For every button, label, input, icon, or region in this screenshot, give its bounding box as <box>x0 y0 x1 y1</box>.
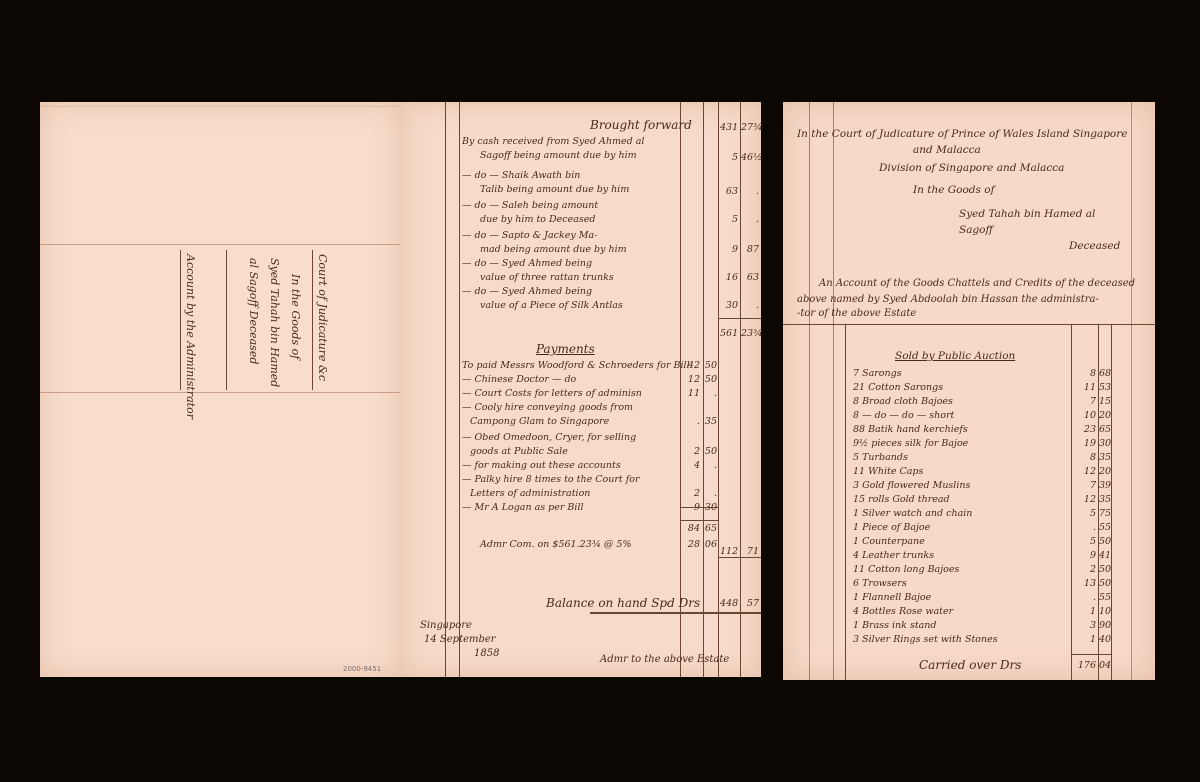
item-cents: 30 <box>1099 438 1111 449</box>
receipt-cents: 63 <box>741 272 759 283</box>
endorsement-account: Account by the Administrator <box>184 254 197 419</box>
item-desc: 11 White Caps <box>853 466 923 477</box>
ruled-line <box>312 250 313 390</box>
fold-line <box>40 392 400 393</box>
receipt-cents: 87 <box>741 244 759 255</box>
ruled-line <box>680 520 718 521</box>
item-cents: 20 <box>1099 410 1111 421</box>
carried-over-dollars: 176 <box>1072 660 1096 671</box>
payment-dollars: 11 <box>682 388 700 399</box>
item-desc: 15 rolls Gold thread <box>853 494 950 505</box>
payments-subtotal-dollars: 84 <box>682 523 700 534</box>
receipt-line: — do — Saleh being amount <box>462 200 598 211</box>
receipt-cents: . <box>741 186 759 197</box>
account-intro-line: An Account of the Goods Chattels and Cre… <box>819 278 1135 289</box>
endorsement-in-goods: In the Goods of <box>289 274 302 359</box>
item-cents: 50 <box>1099 536 1111 547</box>
item-dollars: 12 <box>1072 494 1096 505</box>
ruled-line <box>718 557 761 558</box>
item-desc: 1 Brass ink stand <box>853 620 937 631</box>
deceased-name-line-2: Sagoff <box>959 224 993 236</box>
payment-cents: 50 <box>704 446 717 457</box>
payment-dollars: 42 <box>682 360 700 371</box>
item-dollars: . <box>1072 592 1096 603</box>
receipt-line: value of a Piece of Silk Antlas <box>480 300 623 311</box>
item-dollars: 8 <box>1072 368 1096 379</box>
receipt-line: By cash received from Syed Ahmed al <box>462 136 644 147</box>
item-dollars: . <box>1072 522 1096 533</box>
in-goods-of: In the Goods of <box>913 184 994 196</box>
item-cents: 75 <box>1099 508 1111 519</box>
item-cents: 35 <box>1099 452 1111 463</box>
receipt-line: — do — Sapto & Jackey Ma- <box>462 230 597 241</box>
item-desc: 8 — do — do — short <box>853 410 954 421</box>
payment-dollars: 2 <box>682 446 700 457</box>
item-dollars: 9 <box>1072 550 1096 561</box>
administrator-signature: Admr to the above Estate <box>600 654 729 665</box>
balance-dollars: 448 <box>720 598 738 609</box>
item-dollars: 11 <box>1072 382 1096 393</box>
item-cents: 15 <box>1099 396 1111 407</box>
item-dollars: 7 <box>1072 480 1096 491</box>
item-desc: 1 Counterpane <box>853 536 925 547</box>
middle-page-account: Brought forward 431 27¾ By cash received… <box>400 102 761 677</box>
item-dollars: 12 <box>1072 466 1096 477</box>
fold-line <box>40 106 400 107</box>
item-dollars: 10 <box>1072 410 1096 421</box>
ruled-line <box>459 102 460 677</box>
item-dollars: 3 <box>1072 620 1096 631</box>
item-dollars: 7 <box>1072 396 1096 407</box>
item-cents: 35 <box>1099 494 1111 505</box>
receipt-cents: 46½ <box>741 152 759 163</box>
ruled-line <box>180 250 181 390</box>
payment-line: — Mr A Logan as per Bill <box>462 502 584 513</box>
payment-line: — Chinese Doctor — do <box>462 374 576 385</box>
payment-cents: 50 <box>704 360 717 371</box>
receipts-total-cents: 23¾ <box>741 328 759 339</box>
item-dollars: 1 <box>1072 606 1096 617</box>
item-desc: 1 Silver watch and chain <box>853 508 972 519</box>
ruled-line <box>1111 324 1112 680</box>
receipt-dollars: 5 <box>720 214 738 225</box>
brought-forward-label: Brought forward <box>590 118 692 132</box>
payment-line: — for making out these accounts <box>462 460 621 471</box>
receipt-dollars: 30 <box>720 300 738 311</box>
item-dollars: 5 <box>1072 536 1096 547</box>
payments-total-dollars: 112 <box>720 546 738 557</box>
receipt-line: Sagoff being amount due by him <box>480 150 637 161</box>
carried-over-cents: 04 <box>1099 660 1111 671</box>
receipt-line: — do — Syed Ahmed being <box>462 258 592 269</box>
court-heading: In the Court of Judicature of Prince of … <box>797 128 1127 140</box>
deceased-label: Deceased <box>1069 240 1120 252</box>
payment-dollars: 12 <box>682 374 700 385</box>
payment-dollars: . <box>682 416 700 427</box>
item-dollars: 23 <box>1072 424 1096 435</box>
deceased-name-line-1: Syed Tahah bin Hamed al <box>959 208 1095 220</box>
receipt-line: due by him to Deceased <box>480 214 595 225</box>
place-line: Singapore <box>420 620 472 631</box>
payments-total-cents: 71 <box>741 546 759 557</box>
item-cents: 55 <box>1099 592 1111 603</box>
receipt-cents: . <box>741 300 759 311</box>
balance-label: Balance on hand Spd Drs <box>546 596 700 610</box>
commission-cents: 06 <box>704 539 717 550</box>
court-heading-continued: and Malacca <box>913 144 981 156</box>
item-cents: 50 <box>1099 578 1111 589</box>
item-desc: 4 Leather trunks <box>853 550 934 561</box>
item-cents: 40 <box>1099 634 1111 645</box>
receipt-line: value of three rattan trunks <box>480 272 614 283</box>
payment-line: — Court Costs for letters of adminisn <box>462 388 642 399</box>
balance-underline <box>590 612 761 614</box>
commission-label: Admr Com. on $561.23¾ @ 5% <box>480 539 632 550</box>
payment-line: Letters of administration <box>470 488 590 499</box>
payment-line: To paid Messrs Woodford & Schroeders for… <box>462 360 690 371</box>
item-dollars: 2 <box>1072 564 1096 575</box>
receipt-line: — do — Shaik Awath bin <box>462 170 580 181</box>
payment-cents: . <box>704 460 717 471</box>
item-dollars: 13 <box>1072 578 1096 589</box>
archive-accession-number: 2000-9451 <box>343 665 381 673</box>
account-intro-line: -tor of the above Estate <box>797 308 916 319</box>
receipt-dollars: 63 <box>720 186 738 197</box>
fold-line <box>40 244 400 245</box>
receipts-total-dollars: 561 <box>720 328 738 339</box>
payments-subtotal-cents: 65 <box>704 523 717 534</box>
payment-cents: 30 <box>704 502 717 513</box>
item-desc: 7 Sarongs <box>853 368 902 379</box>
item-desc: 6 Trowsers <box>853 578 907 589</box>
payment-line: — Palky hire 8 times to the Court for <box>462 474 640 485</box>
item-cents: 53 <box>1099 382 1111 393</box>
right-page-inventory: In the Court of Judicature of Prince of … <box>783 102 1155 680</box>
left-page-wrapper: Court of Judicature &c In the Goods of S… <box>40 102 400 677</box>
ruled-line <box>783 324 1155 325</box>
ruled-line <box>1131 102 1132 680</box>
item-dollars: 19 <box>1072 438 1096 449</box>
payment-cents: . <box>704 388 717 399</box>
endorsement-deceased: al Sagoff Deceased <box>247 258 260 364</box>
payment-dollars: 4 <box>682 460 700 471</box>
payment-cents: . <box>704 488 717 499</box>
item-cents: 20 <box>1099 466 1111 477</box>
item-desc: 1 Flannell Bajoe <box>853 592 931 603</box>
item-desc: 21 Cotton Sarongs <box>853 382 943 393</box>
date-line: 14 September <box>424 634 496 645</box>
item-desc: 88 Batik hand kerchiefs <box>853 424 968 435</box>
item-desc: 5 Turbands <box>853 452 908 463</box>
balance-cents: 57 <box>741 598 759 609</box>
ruled-line <box>809 102 810 680</box>
receipt-dollars: 5 <box>720 152 738 163</box>
receipt-cents: . <box>741 214 759 225</box>
item-desc: 4 Bottles Rose water <box>853 606 953 617</box>
commission-dollars: 28 <box>682 539 700 550</box>
sale-heading: Sold by Public Auction <box>895 350 1015 362</box>
brought-forward-cents: 27¾ <box>741 122 759 133</box>
item-desc: 3 Gold flowered Muslins <box>853 480 970 491</box>
ruled-line <box>445 102 446 677</box>
ruled-line <box>680 102 681 677</box>
ruled-line <box>718 318 761 319</box>
payment-dollars: 9 <box>682 502 700 513</box>
receipt-line: mad being amount due by him <box>480 244 627 255</box>
item-dollars: 5 <box>1072 508 1096 519</box>
payment-dollars: 2 <box>682 488 700 499</box>
item-cents: 90 <box>1099 620 1111 631</box>
brought-forward-dollars: 431 <box>720 122 738 133</box>
item-desc: 9½ pieces silk for Bajoe <box>853 438 968 449</box>
item-cents: 65 <box>1099 424 1111 435</box>
division-heading: Division of Singapore and Malacca <box>879 162 1064 174</box>
payment-line: — Cooly hire conveying goods from <box>462 402 633 413</box>
item-cents: 55 <box>1099 522 1111 533</box>
item-cents: 50 <box>1099 564 1111 575</box>
payment-line: — Obed Omedoon, Cryer, for selling <box>462 432 636 443</box>
year-line: 1858 <box>474 648 499 659</box>
ruled-line <box>226 250 227 390</box>
item-cents: 68 <box>1099 368 1111 379</box>
ruled-line <box>1071 654 1111 655</box>
receipt-dollars: 9 <box>720 244 738 255</box>
item-desc: 8 Broad cloth Bajoes <box>853 396 953 407</box>
endorsement-name: Syed Tahah bin Hamed <box>268 258 281 387</box>
item-desc: 11 Cotton long Bajoes <box>853 564 959 575</box>
payment-line: goods at Public Sale <box>470 446 568 457</box>
item-cents: 41 <box>1099 550 1111 561</box>
item-dollars: 1 <box>1072 634 1096 645</box>
payment-cents: 50 <box>704 374 717 385</box>
account-intro-line: above named by Syed Abdoolah bin Hassan … <box>797 294 1099 305</box>
carried-over-label: Carried over Drs <box>919 658 1021 672</box>
ruled-line <box>833 102 834 680</box>
receipt-line: — do — Syed Ahmed being <box>462 286 592 297</box>
item-cents: 10 <box>1099 606 1111 617</box>
payment-cents: 35 <box>704 416 717 427</box>
item-desc: 1 Piece of Bajoe <box>853 522 930 533</box>
payments-heading: Payments <box>536 342 595 356</box>
payment-line: Campong Glam to Singapore <box>470 416 609 427</box>
endorsement-court: Court of Judicature &c <box>316 254 329 381</box>
item-cents: 39 <box>1099 480 1111 491</box>
item-dollars: 8 <box>1072 452 1096 463</box>
receipt-dollars: 16 <box>720 272 738 283</box>
receipt-line: Talib being amount due by him <box>480 184 629 195</box>
ruled-line <box>718 102 719 677</box>
item-desc: 3 Silver Rings set with Stones <box>853 634 998 645</box>
ruled-line <box>845 324 846 680</box>
